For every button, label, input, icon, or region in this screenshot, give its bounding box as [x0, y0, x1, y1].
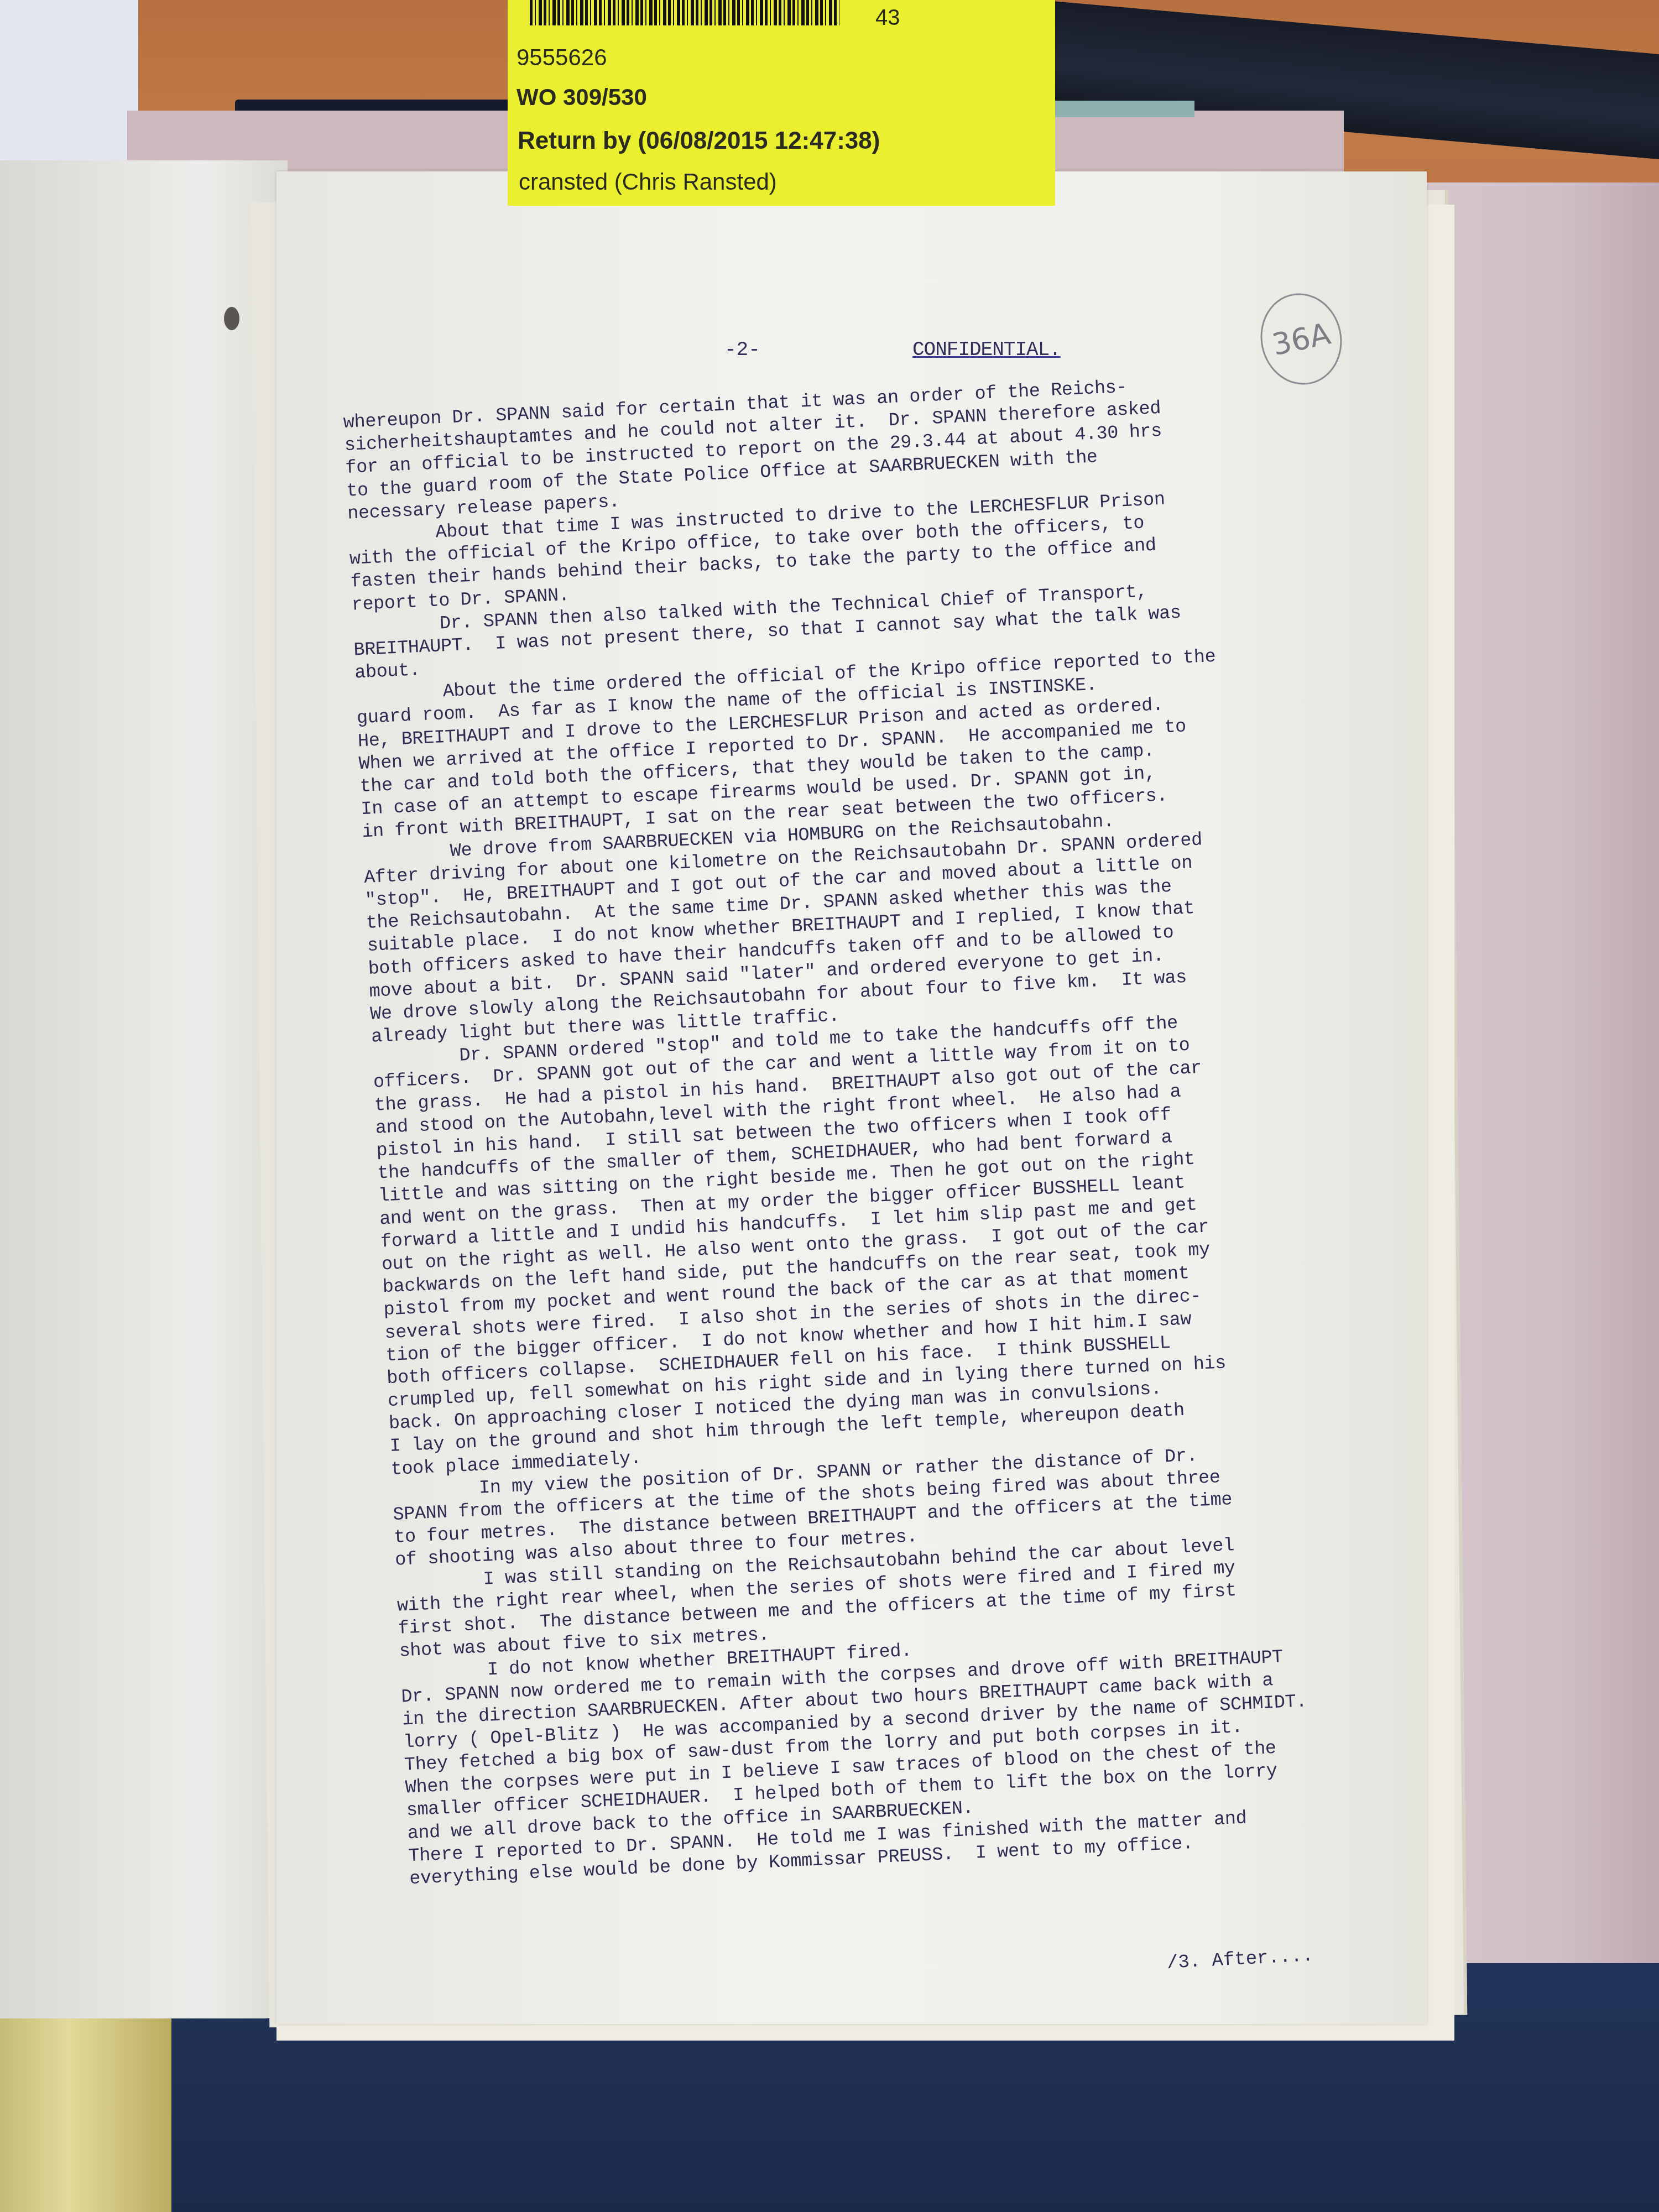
document-request-slip: 43 9555626 WO 309/530 Return by (06/08/2…: [508, 0, 1055, 206]
left-facing-page[interactable]: [0, 160, 288, 2018]
folder-tab: [1051, 101, 1194, 117]
classification-label: CONFIDENTIAL.: [912, 338, 1061, 361]
page-number: -2-: [724, 338, 760, 361]
slip-count: 43: [875, 6, 900, 30]
barcode-icon: [530, 0, 839, 25]
slip-reference: WO 309/530: [517, 84, 647, 111]
punch-hole: [224, 307, 239, 330]
slip-user: cransted (Chris Ransted): [519, 169, 777, 195]
typewritten-body: whereupon Dr. SPANN said for certain tha…: [343, 369, 1360, 1891]
slip-return-by: Return by (06/08/2015 12:47:38): [518, 127, 880, 155]
slip-document-id: 9555626: [517, 44, 607, 71]
